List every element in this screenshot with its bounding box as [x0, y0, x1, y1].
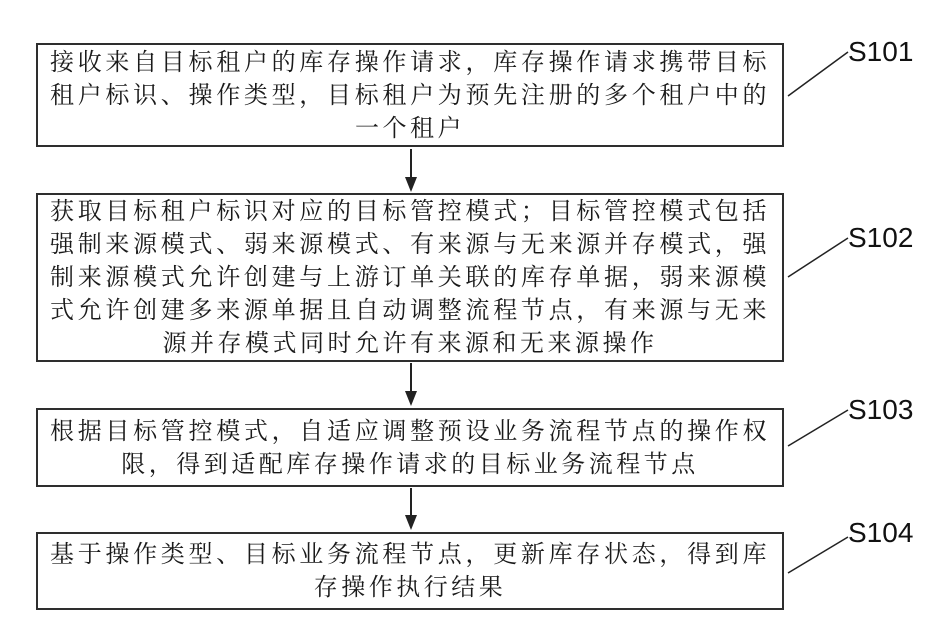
leader-line-s102	[788, 238, 848, 277]
flow-step-box-s101: 接收来自目标租户的库存操作请求，库存操作请求携带目标租户标识、操作类型，目标租户…	[36, 43, 784, 147]
down-arrowhead-icon-1	[405, 177, 417, 192]
step-text-s102: 获取目标租户标识对应的目标管控模式；目标管控模式包括强制来源模式、弱来源模式、有…	[38, 195, 782, 360]
step-label-s101: S101	[848, 38, 928, 66]
flow-step-box-s104: 基于操作类型、目标业务流程节点，更新库存状态，得到库存操作执行结果	[36, 532, 784, 610]
step-label-s104: S104	[848, 519, 928, 547]
step-label-s103: S103	[848, 396, 928, 424]
patent-flowchart-figure: 接收来自目标租户的库存操作请求，库存操作请求携带目标租户标识、操作类型，目标租户…	[0, 0, 933, 628]
down-arrowhead-icon-3	[405, 515, 417, 530]
leader-line-s104	[788, 537, 848, 573]
step-text-s104: 基于操作类型、目标业务流程节点，更新库存状态，得到库存操作执行结果	[38, 538, 782, 604]
step-label-s102: S102	[848, 224, 928, 252]
flow-step-box-s103: 根据目标管控模式，自适应调整预设业务流程节点的操作权限，得到适配库存操作请求的目…	[36, 408, 784, 487]
down-arrowhead-icon-2	[405, 391, 417, 406]
step-text-s103: 根据目标管控模式，自适应调整预设业务流程节点的操作权限，得到适配库存操作请求的目…	[38, 415, 782, 481]
leader-line-s101	[788, 52, 848, 96]
leader-line-s103	[788, 410, 848, 446]
step-text-s101: 接收来自目标租户的库存操作请求，库存操作请求携带目标租户标识、操作类型，目标租户…	[38, 46, 782, 145]
flow-step-box-s102: 获取目标租户标识对应的目标管控模式；目标管控模式包括强制来源模式、弱来源模式、有…	[36, 193, 784, 362]
